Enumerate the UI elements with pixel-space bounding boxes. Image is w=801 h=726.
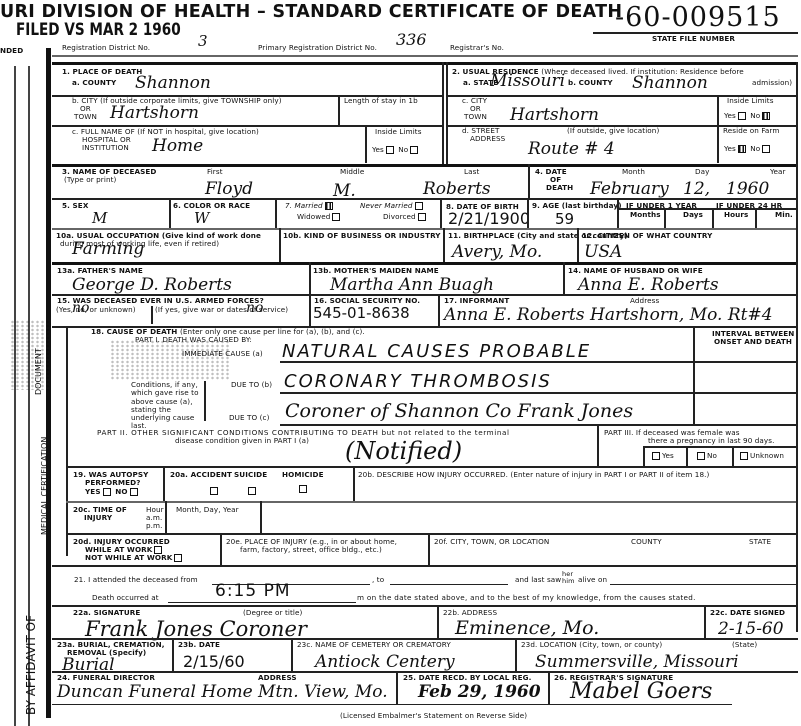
location-value: Summersville, Missouri [535, 654, 739, 671]
injury-date-label: Month, Day, Year [176, 506, 239, 514]
inside-limits-label: Inside Limits [375, 128, 422, 136]
residence-city-town: TOWN [464, 113, 487, 121]
deceased-first-name: Floyd [205, 181, 253, 198]
date-signed-value: 2-15-60 [718, 621, 784, 638]
divider [528, 164, 530, 198]
reside-on-farm-no-checkbox[interactable] [762, 145, 770, 153]
autopsy-no-checkbox[interactable] [130, 488, 138, 496]
homicide-checkbox[interactable] [299, 485, 307, 493]
certification-statement: m on the date stated above, and to the b… [357, 594, 696, 602]
divider [169, 198, 171, 228]
year-label: Year [770, 168, 786, 176]
due-to-b-label: DUE TO (b) [231, 381, 272, 389]
divorced-checkbox[interactable] [418, 213, 426, 221]
by-affidavit-label: BY AFFIDAVIT OF [24, 615, 38, 715]
margin-line-1 [14, 66, 16, 726]
divider [396, 671, 398, 704]
filed-stamp: FILED VS MAR 2 1960 [16, 20, 181, 40]
admission-label: admission) [752, 79, 792, 87]
alive-on-line [610, 584, 796, 585]
date-of-death-label-3: DEATH [546, 184, 573, 192]
suicide-checkbox[interactable] [248, 487, 256, 495]
to-label: , to [372, 576, 384, 584]
divider [280, 392, 798, 394]
last-saw-label: and last saw [515, 576, 561, 584]
widowed-checkbox[interactable] [332, 213, 340, 221]
divider [172, 638, 174, 671]
funeral-director-value: Duncan Funeral Home Mtn. View, Mo. [57, 684, 388, 701]
place-of-injury-label-2: farm, factory, street, office bldg., etc… [240, 546, 382, 554]
cemetery-value: Antiock Centery [315, 654, 455, 671]
divider [66, 501, 798, 503]
place-city-value: Hartshorn [110, 105, 199, 122]
alive-on-label: alive on [578, 576, 607, 584]
race-label: 6. COLOR OR RACE [173, 202, 250, 210]
date-signed-label: 22c. DATE SIGNED [710, 609, 785, 617]
divider [220, 533, 222, 565]
birthplace-value: Avery, Mo. [452, 244, 542, 261]
day-label: Day [695, 168, 710, 176]
divider [443, 228, 445, 262]
state-file-number-label: STATE FILE NUMBER [652, 35, 735, 43]
injury-city-label: 20f. CITY, TOWN, OR LOCATION [434, 538, 549, 546]
pregnancy-yes: Yes [650, 452, 674, 460]
race-value: W [194, 211, 209, 226]
length-of-stay-label: Length of stay in 1b [344, 97, 418, 105]
never-married-checkbox[interactable] [415, 202, 423, 210]
residence-street-value: Route # 4 [528, 141, 615, 158]
street-label-2: ADDRESS [470, 135, 505, 143]
armed-forces-note-2: (If yes, give war or dates of service) [155, 306, 288, 314]
death-day: 12, [683, 181, 710, 198]
divider [165, 501, 167, 533]
place-of-death-heading: 1. PLACE OF DEATH [62, 68, 142, 76]
attended-label: 21. I attended the deceased from [74, 576, 198, 584]
divider [704, 605, 706, 638]
divider [597, 424, 599, 466]
divider [365, 125, 367, 163]
due-to-c-label: DUE TO (c) [229, 414, 270, 422]
immediate-cause-value: NATURAL CAUSES PROBABLE [282, 343, 591, 361]
divider [280, 424, 798, 426]
registration-district-label: Registration District No. [62, 44, 150, 52]
medical-certification-label: MEDICAL CERTIFICATION [40, 437, 49, 535]
marital-status-divorced: Divorced [383, 213, 428, 221]
residence-inside-limits-options: Yes No [724, 112, 772, 120]
divider [527, 198, 529, 228]
part3-label-2: there a pregnancy in last 90 days. [648, 437, 775, 445]
part2-label-2: disease condition given in PART I (a) [175, 437, 309, 445]
residence-inside-limits-yes-checkbox[interactable] [738, 112, 746, 120]
injury-state-label: STATE [749, 538, 771, 546]
divider [52, 605, 798, 607]
divider [428, 533, 430, 565]
divider [52, 262, 798, 265]
date-received-value: Feb 29, 1960 [418, 684, 541, 701]
divider [338, 95, 340, 126]
place-inside-limits-no-checkbox[interactable] [410, 146, 418, 154]
residence-county-label: b. COUNTY [568, 79, 613, 87]
age-label: 9. AGE (last birthday) [532, 202, 622, 210]
residence-state-value: Missouri [490, 73, 565, 90]
accident-label: 20a. ACCIDENT [170, 471, 232, 479]
residence-inside-limits-no-checkbox[interactable] [762, 112, 770, 120]
divider [66, 326, 68, 556]
pregnancy-no-checkbox[interactable] [697, 452, 705, 460]
section-divider [52, 62, 798, 65]
informant-value: Anna E. Roberts Hartshorn, Mo. Rt#4 [444, 307, 773, 324]
divider [643, 446, 798, 448]
residence-inside-limits-label: Inside Limits [727, 97, 774, 105]
divider [732, 446, 734, 466]
divider [515, 638, 517, 671]
due-to-c-value: Coroner of Shannon Co Frank Jones [285, 402, 633, 421]
name-note: (Type or print) [64, 176, 116, 184]
attended-to-line [390, 584, 508, 585]
divider [291, 638, 293, 671]
divider [438, 294, 440, 326]
immediate-cause-label: IMMEDIATE CAUSE (a) [182, 350, 263, 358]
injury-county-label: COUNTY [631, 538, 662, 546]
primary-registration-district-label: Primary Registration District No. [258, 44, 377, 52]
death-year: 1960 [726, 181, 769, 198]
sex-label: 5. SEX [62, 202, 88, 210]
divider [353, 466, 355, 501]
death-occurred-line [168, 602, 356, 603]
occupation-value: Farming [72, 241, 144, 258]
interval-label-2: ONSET AND DEATH [714, 338, 792, 346]
divider [279, 228, 281, 262]
suicide-label: SUICIDE [234, 471, 267, 479]
residence-county-value: Shannon [632, 75, 708, 92]
days-label: Days [683, 211, 703, 219]
part2-value: (Notified) [345, 439, 462, 463]
month-label: Month [622, 168, 645, 176]
reside-on-farm-yes-checkbox[interactable] [738, 145, 746, 153]
city-town-label: TOWN [74, 113, 97, 121]
death-month: February [590, 181, 669, 198]
ink-smudge [110, 340, 230, 380]
amended-label-fragment: NDED [0, 47, 23, 55]
not-while-at-work: NOT WHILE AT WORK [85, 554, 184, 562]
divider [617, 198, 619, 228]
divider [260, 501, 262, 533]
ssn-value: 545-01-8638 [313, 306, 410, 321]
residence-city-value: Hartshorn [510, 107, 599, 124]
business-label: 10b. KIND OF BUSINESS OR INDUSTRY [283, 232, 441, 240]
pm-label: p.m. [146, 522, 163, 530]
divider [577, 228, 579, 262]
age-value: 59 [555, 212, 574, 227]
deceased-last-name: Roberts [423, 181, 491, 198]
reside-on-farm-label: Reside on Farm [723, 127, 779, 135]
war-service-value: no [246, 301, 263, 315]
registration-district-value: 3 [198, 34, 208, 49]
armed-forces-value: no [72, 301, 89, 315]
county-label: a. COUNTY [72, 79, 116, 87]
divider [52, 228, 798, 230]
divider [204, 381, 206, 421]
date-of-birth-value: 2/21/1900 [448, 211, 530, 227]
divider [693, 326, 695, 426]
spouse-value: Anna E. Roberts [578, 277, 719, 294]
divider [151, 306, 153, 324]
last-label: Last [464, 168, 479, 176]
divider [163, 466, 165, 501]
section-divider [52, 164, 798, 167]
autopsy-yes-checkbox[interactable] [103, 488, 111, 496]
pregnancy-yes-checkbox[interactable] [652, 452, 660, 460]
conditions-note: Conditions, if any, which gave rise to a… [131, 381, 201, 431]
citizen-value: USA [584, 244, 622, 261]
header-divider [52, 55, 798, 57]
pregnancy-no: No [695, 452, 717, 460]
primary-registration-district-value: 336 [396, 32, 427, 48]
divider [755, 208, 757, 228]
divider [548, 671, 550, 704]
physician-signature: Frank Jones Coroner [85, 619, 307, 640]
death-time-value: 6:15 PM [215, 583, 291, 600]
certificate-title: URI DIVISION OF HEALTH – STANDARD CERTIF… [0, 2, 622, 22]
marital-status-married: 7. Married [285, 202, 335, 210]
mother-value: Martha Ann Buagh [330, 277, 494, 294]
marital-status-never-married: Never Married [360, 202, 425, 210]
state-file-number: -60-009515 [615, 2, 781, 33]
registrars-no-label: Registrar's No. [450, 44, 504, 52]
hours-label: Hours [724, 211, 748, 219]
ink-smudge [10, 320, 50, 390]
citizen-label: 12. CITIZEN OF WHAT COUNTRY [582, 232, 712, 240]
divider [275, 198, 277, 228]
divider [52, 704, 732, 705]
footer-note: (Licensed Embalmer's Statement on Revers… [340, 712, 527, 720]
him-label: him [562, 578, 575, 585]
time-of-injury-label-2: INJURY [84, 514, 112, 522]
location-state-label: (State) [732, 641, 757, 649]
location-label: 23d. LOCATION (City, town, or county) [521, 641, 662, 649]
min-label: Min. [775, 211, 793, 219]
burial-date-label: 23b. DATE [178, 641, 220, 649]
accident-checkbox[interactable] [210, 487, 218, 495]
divider [437, 605, 439, 638]
part1-label: PART I. DEATH WAS CAUSED BY: [135, 336, 252, 344]
reside-on-farm-options: Yes No [724, 145, 772, 153]
place-county-value: Shannon [135, 75, 211, 92]
physician-address-value: Eminence, Mo. [455, 619, 599, 638]
married-checkbox[interactable] [325, 202, 333, 210]
place-inside-limits-yes-checkbox[interactable] [386, 146, 394, 154]
pregnancy-unknown-checkbox[interactable] [740, 452, 748, 460]
divider [664, 208, 666, 228]
divider [66, 533, 798, 535]
middle-label: Middle [340, 168, 364, 176]
due-to-b-value: CORONARY THROMBOSIS [284, 373, 552, 391]
divider [280, 361, 798, 363]
describe-injury-label: 20b. DESCRIBE HOW INJURY OCCURRED. (Ente… [358, 471, 709, 479]
divider [563, 262, 565, 294]
first-label: First [207, 168, 223, 176]
street-note: (If outside, give location) [567, 127, 659, 135]
place-hospital-value: Home [152, 138, 203, 155]
registrar-signature-value: Mabel Goers [570, 681, 712, 703]
divider [686, 446, 688, 466]
not-while-at-work-checkbox[interactable] [174, 554, 182, 562]
hospital-label-3: INSTITUTION [82, 144, 129, 152]
autopsy-options: YES NO [85, 488, 140, 496]
divider [446, 62, 448, 164]
father-value: George D. Roberts [72, 277, 232, 294]
divider [717, 95, 719, 163]
pregnancy-unknown: Unknown [738, 452, 784, 460]
divider [66, 466, 798, 468]
divider [643, 446, 645, 466]
sex-value: M [92, 211, 107, 226]
divider [712, 208, 714, 228]
divider [440, 198, 442, 228]
marital-status-widowed: Widowed [297, 213, 342, 221]
divider [442, 62, 444, 164]
armed-forces-note-1: (Yes, no, or unknown) [56, 306, 136, 314]
months-label: Months [630, 211, 661, 219]
divider [52, 198, 798, 200]
death-occurred-label: Death occurred at [92, 594, 159, 602]
cemetery-label: 23c. NAME OF CEMETERY OR CREMATORY [297, 641, 451, 649]
place-inside-limits-options: Yes No [372, 146, 420, 154]
divider [52, 565, 798, 567]
burial-date-value: 2/15/60 [183, 654, 245, 670]
right-border [796, 62, 798, 632]
